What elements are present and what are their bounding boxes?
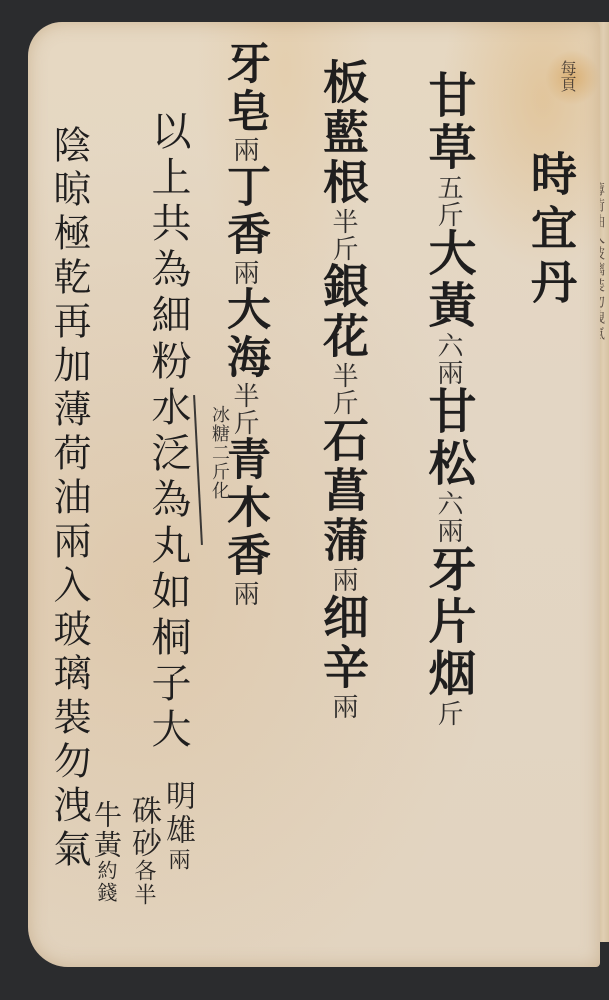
ingredient-name: 牙皂 xyxy=(219,40,270,136)
note-text: 明雄 xyxy=(160,780,195,848)
ingredient-qty: 半斤 xyxy=(229,382,259,436)
note-qty: 約錢 xyxy=(94,860,118,904)
annotation-ice-sugar: 冰糖二斤化 xyxy=(206,405,232,500)
ingredient-qty: 斤 xyxy=(433,700,463,727)
ingredient-qty: 半斤 xyxy=(328,362,358,416)
ingredient-name: 石菖蒲 xyxy=(316,416,370,566)
ingredient-name: 板藍根 xyxy=(316,58,370,208)
ingredient-name: 大黃 xyxy=(420,228,476,332)
ingredient-qty: 六兩 xyxy=(433,332,463,386)
ingredient-name: 丁香 xyxy=(219,163,270,259)
bottom-note-3: 牛黃約錢 xyxy=(92,800,120,904)
ingredient-name: 细辛 xyxy=(316,593,370,693)
recipe-title: 時宜丹 xyxy=(528,150,574,312)
ingredient-name: 大海 xyxy=(219,286,270,382)
manuscript-scan: 薄荷油入玻璃裝勿洩氣 每頁 時宜丹 甘草五斤大黃六兩甘松六兩牙片烟斤 板藍根半斤… xyxy=(0,0,609,1000)
ingredient-qty: 兩 xyxy=(328,566,358,593)
bottom-note-1: 明雄兩 xyxy=(162,780,192,874)
ingredient-name: 牙片烟 xyxy=(420,544,476,700)
ingredient-qty: 兩 xyxy=(328,693,358,720)
note-text: 硃砂 xyxy=(126,795,161,859)
ingredient-qty: 五斤 xyxy=(433,174,463,228)
ingredient-qty: 兩 xyxy=(229,259,259,286)
ingredient-qty: 六兩 xyxy=(433,490,463,544)
ingredient-column-3: 牙皂兩丁香兩大海半斤青木香兩 xyxy=(222,40,266,607)
preparation-instructions-2: 陰晾極乾再加薄荷油兩入玻璃裝勿洩氣 xyxy=(50,125,88,873)
bottom-note-2: 硃砂各半 xyxy=(128,795,158,907)
ingredient-name: 甘松 xyxy=(420,386,476,490)
ingredient-qty: 半斤 xyxy=(328,208,358,262)
ingredient-qty: 兩 xyxy=(229,136,259,163)
note-qty: 各半 xyxy=(131,859,156,907)
preparation-instructions-1: 以上共為細粉水泛為丸如桐子大 xyxy=(148,110,188,754)
note-text: 牛黃 xyxy=(90,800,123,860)
ingredient-column-1: 甘草五斤大黃六兩甘松六兩牙片烟斤 xyxy=(424,70,472,727)
ingredient-column-2: 板藍根半斤銀花半斤石菖蒲兩细辛兩 xyxy=(320,58,366,720)
ingredient-name: 甘草 xyxy=(420,70,476,174)
page-marker: 每頁 xyxy=(556,60,579,92)
ingredient-qty: 兩 xyxy=(229,580,259,607)
note-qty: 兩 xyxy=(165,848,190,874)
ingredient-name: 銀花 xyxy=(316,262,370,362)
